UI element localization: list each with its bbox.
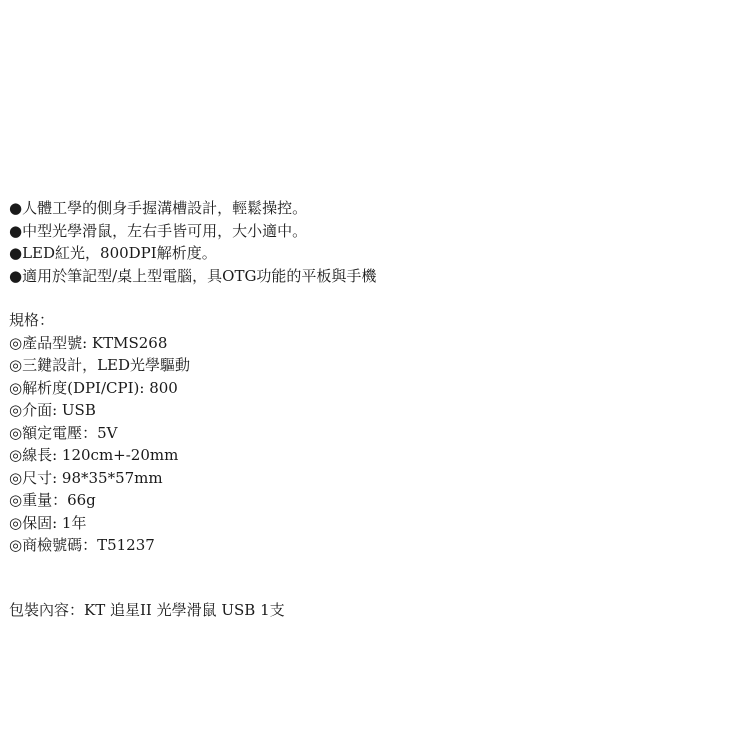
feature-list: ●人體工學的側身手握溝槽設計，輕鬆操控。 ●中型光學滑鼠，左右手皆可用，大小適中…	[9, 197, 376, 287]
package-text: 包裝內容：KT 追星II 光學滑鼠 USB 1支	[9, 599, 285, 622]
spec-item: ◎介面: USB	[9, 399, 190, 422]
spec-item: ◎尺寸: 98*35*57mm	[9, 467, 190, 490]
feature-item: ●LED紅光，800DPI解析度。	[9, 242, 376, 265]
spec-item: ◎重量：66g	[9, 489, 190, 512]
package-contents: 包裝內容：KT 追星II 光學滑鼠 USB 1支	[9, 599, 285, 622]
spec-item: ◎線長: 120cm+-20mm	[9, 444, 190, 467]
spec-item: ◎額定電壓：5V	[9, 422, 190, 445]
spec-item: ◎三鍵設計，LED光學驅動	[9, 354, 190, 377]
spec-item: ◎商檢號碼：T51237	[9, 534, 190, 557]
feature-item: ●人體工學的側身手握溝槽設計，輕鬆操控。	[9, 197, 376, 220]
spec-heading: 規格：	[9, 309, 190, 332]
spec-item: ◎產品型號: KTMS268	[9, 332, 190, 355]
feature-item: ●中型光學滑鼠，左右手皆可用，大小適中。	[9, 220, 376, 243]
spec-item: ◎保固: 1年	[9, 512, 190, 535]
spec-list: 規格： ◎產品型號: KTMS268 ◎三鍵設計，LED光學驅動 ◎解析度(DP…	[9, 309, 190, 557]
feature-item: ●適用於筆記型/桌上型電腦，具OTG功能的平板與手機	[9, 265, 376, 288]
spec-item: ◎解析度(DPI/CPI): 800	[9, 377, 190, 400]
